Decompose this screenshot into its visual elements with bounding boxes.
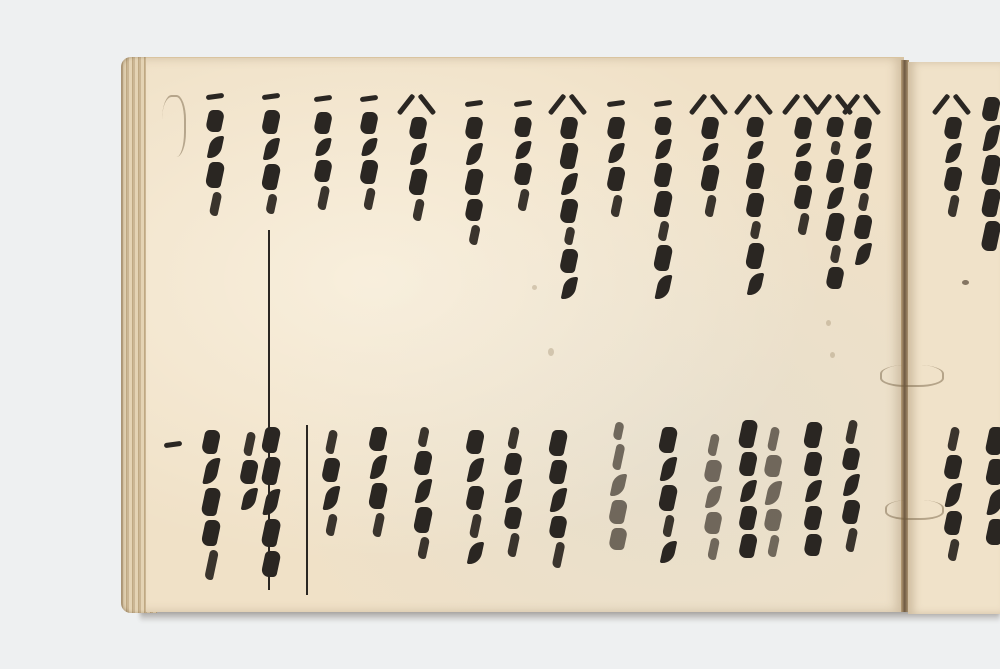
entry-mark-iri [407, 95, 429, 113]
wormhole [962, 280, 969, 285]
entry-mark-dash [358, 90, 380, 108]
ink-smear [162, 95, 186, 157]
entry-mark-iri [852, 95, 874, 113]
wormhole [830, 352, 835, 358]
text-column [556, 95, 582, 301]
text-column [545, 428, 571, 570]
text-column [940, 425, 966, 563]
text-column [650, 95, 676, 301]
binding-thread [880, 365, 944, 387]
transcription-note: Handwritten cursive script — text not re… [146, 58, 147, 59]
text-column [510, 95, 536, 213]
text-column [356, 90, 382, 212]
text-column [462, 428, 488, 566]
text-column [735, 418, 761, 560]
text-column [982, 425, 1000, 547]
text-column [198, 428, 224, 582]
text-column [697, 95, 723, 219]
entry-mark-dash [605, 95, 627, 113]
entry-mark-dash [312, 90, 334, 108]
entry-mark-iri [558, 95, 580, 113]
entry-mark-iri [699, 95, 721, 113]
entry-mark-dash [512, 95, 534, 113]
text-column [461, 95, 487, 247]
text-column [202, 88, 228, 218]
text-column [940, 95, 966, 219]
entry-mark-dash [260, 88, 282, 106]
text-column [310, 90, 336, 212]
text-column [822, 95, 848, 291]
text-column [603, 95, 629, 219]
entry-mark-iri [744, 95, 766, 113]
entry-mark-iri [824, 95, 846, 113]
text-column [838, 418, 864, 554]
text-column [410, 425, 436, 561]
wormhole [548, 348, 554, 356]
entry-mark-iri [792, 95, 814, 113]
text-column [850, 95, 876, 267]
text-column [978, 95, 1000, 253]
vertical-rule-line [306, 425, 308, 595]
entry-mark-dash [204, 88, 226, 106]
entry-mark-dash [463, 95, 485, 113]
text-column [236, 430, 262, 512]
text-column [405, 95, 431, 223]
wormhole [532, 285, 537, 290]
binding-thread [885, 500, 944, 520]
text-column [365, 425, 391, 539]
text-column [655, 425, 681, 565]
text-column [318, 428, 344, 538]
manuscript-scan: Handwritten cursive script — text not re… [0, 0, 1000, 669]
entry-mark-iri [942, 95, 964, 113]
text-column [258, 88, 284, 216]
text-column [742, 95, 768, 297]
text-column [500, 425, 526, 559]
wormhole [826, 320, 831, 326]
text-column [700, 432, 726, 562]
text-column [605, 420, 631, 552]
text-column [800, 420, 826, 558]
text-column [760, 425, 786, 559]
text-column [790, 95, 816, 237]
entry-mark-dash [652, 95, 674, 113]
